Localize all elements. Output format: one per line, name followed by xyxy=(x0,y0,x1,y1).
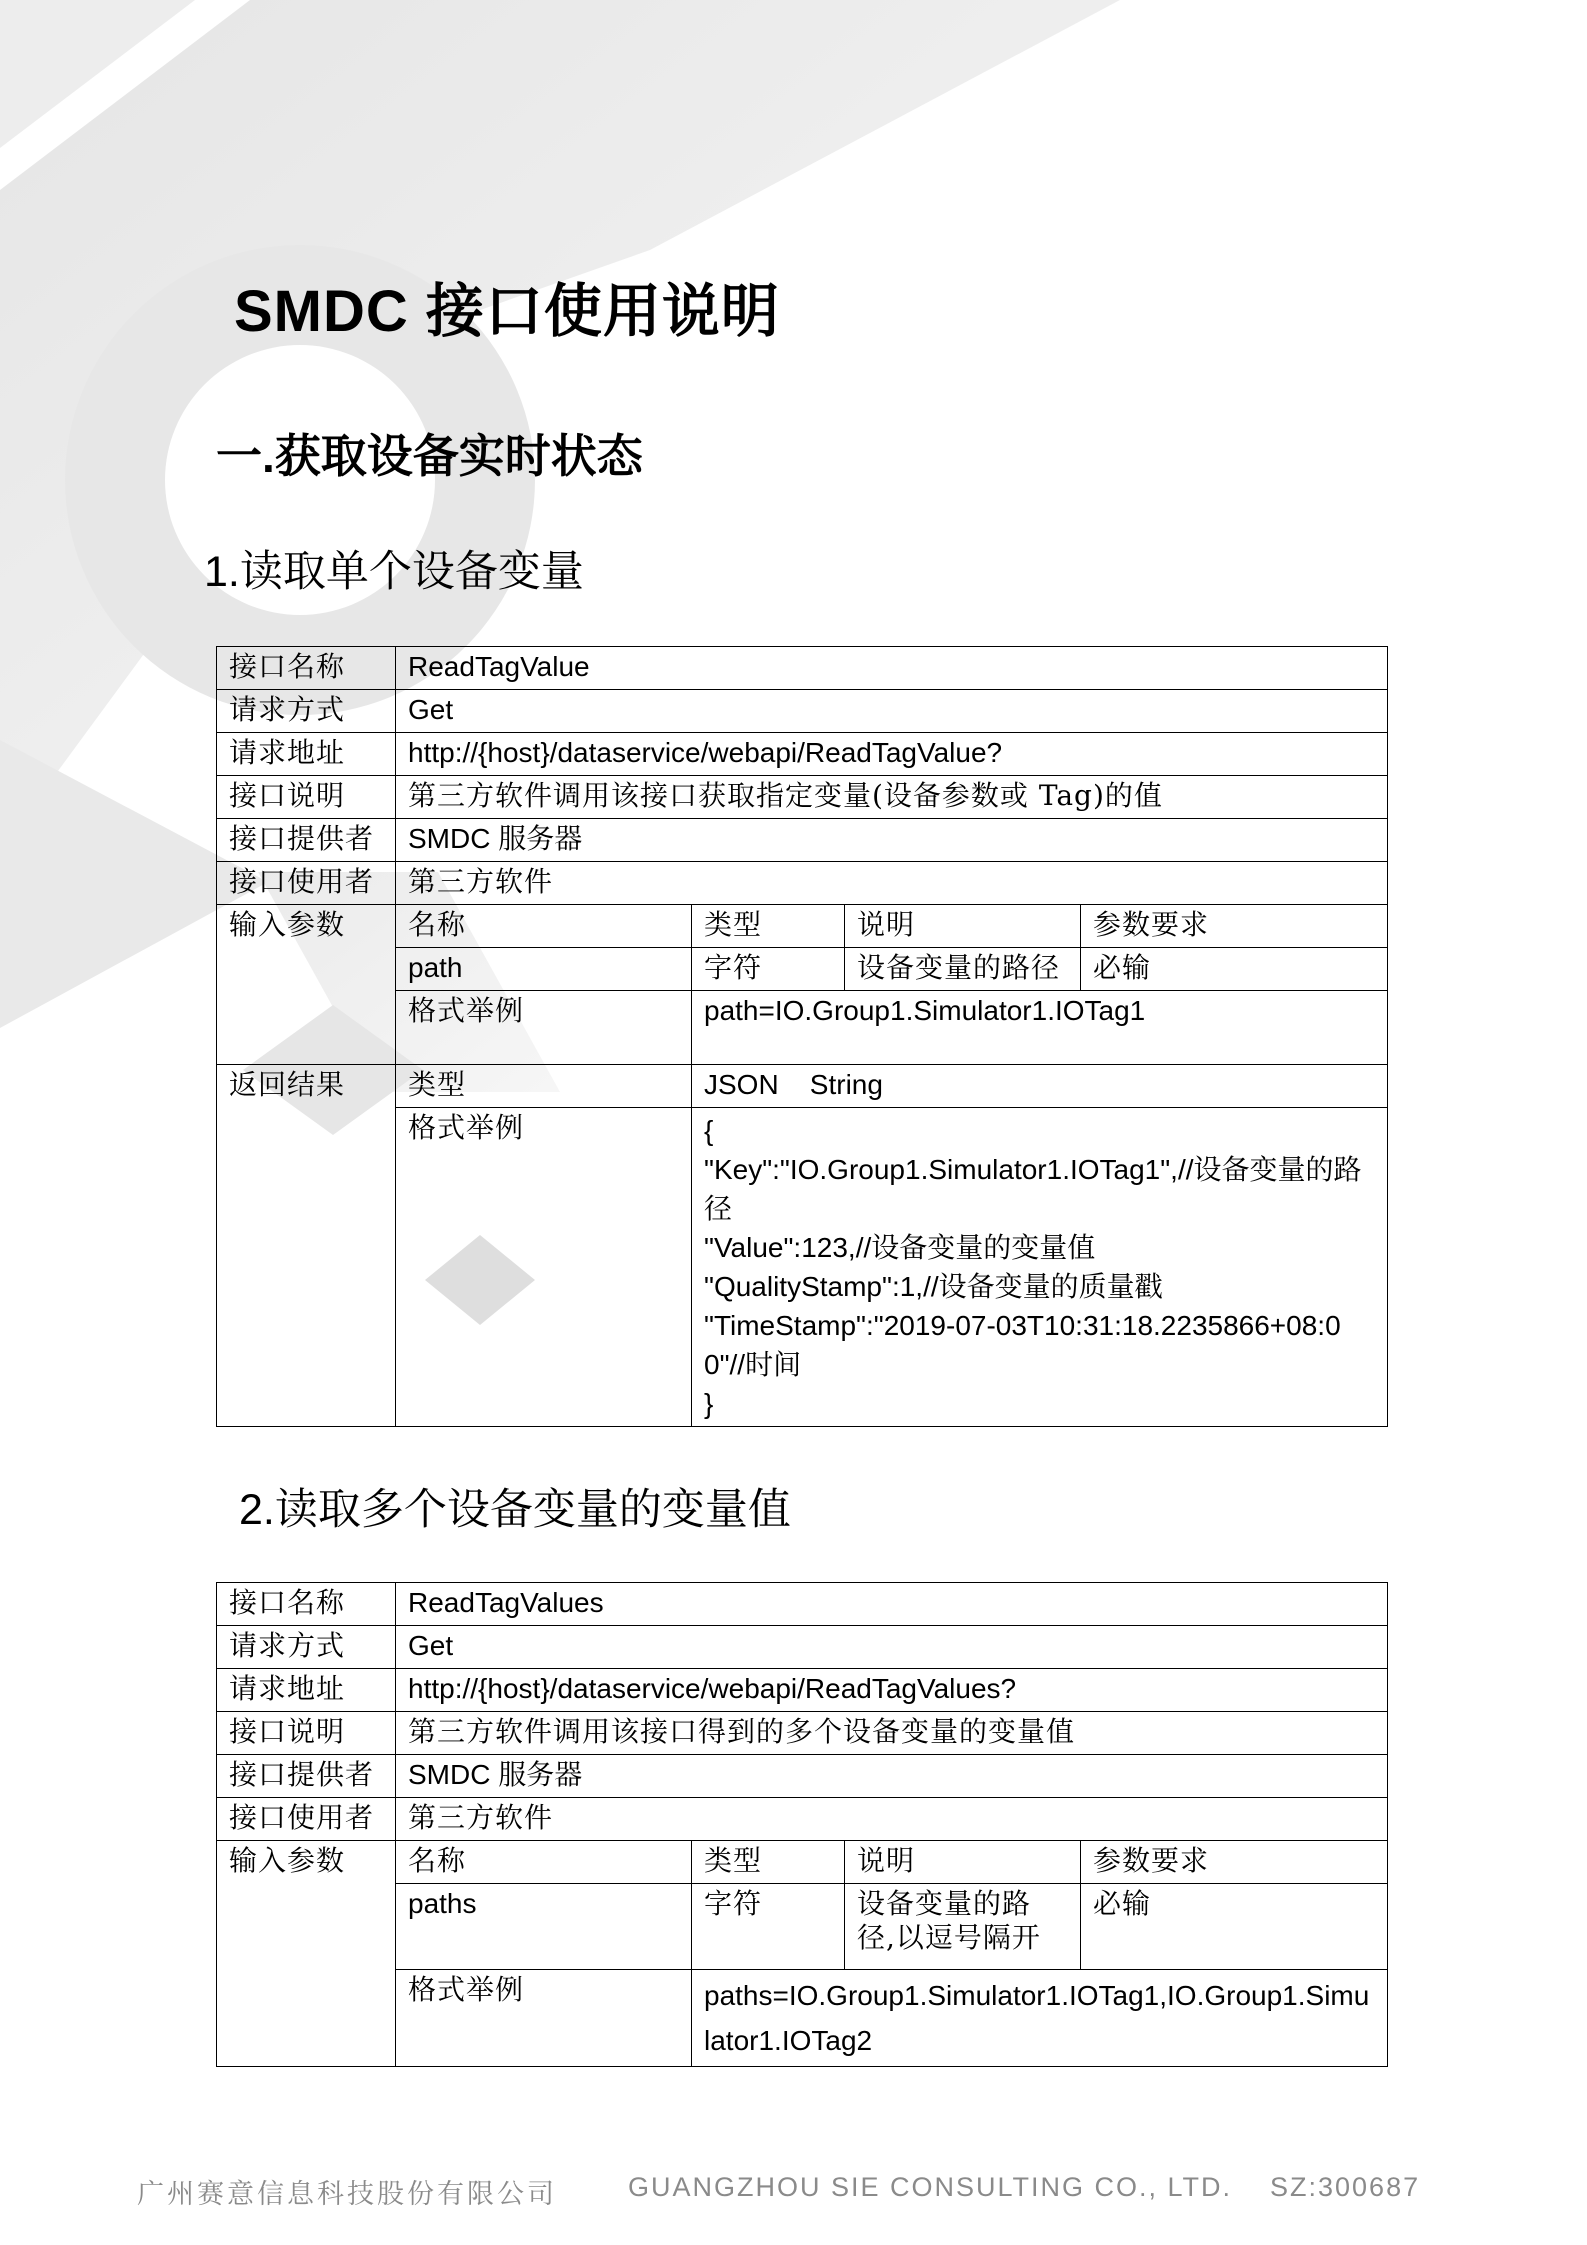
param-req: 必输 xyxy=(1081,1884,1388,1970)
result-type-label: 类型 xyxy=(396,1065,692,1108)
result-example-json: {"Key":"IO.Group1.Simulator1.IOTag1",//设… xyxy=(692,1108,1388,1427)
request-url-label: 请求地址 xyxy=(217,1669,396,1712)
param-col-name: 名称 xyxy=(396,905,692,948)
param-col-name: 名称 xyxy=(396,1841,692,1884)
request-url-value: http://{host}/dataservice/webapi/ReadTag… xyxy=(396,733,1388,776)
interface-name-label: 接口名称 xyxy=(217,647,396,690)
table-row: 接口使用者 第三方软件 xyxy=(217,1798,1388,1841)
provider-value: SMDC 服务器 xyxy=(396,819,1388,862)
document-content: SMDC 接口使用说明 一.获取设备实时状态 1.读取单个设备变量 接口名称 R… xyxy=(0,0,1587,2245)
param-col-req: 参数要求 xyxy=(1081,1841,1388,1884)
provider-label: 接口提供者 xyxy=(217,1755,396,1798)
param-req: 必输 xyxy=(1081,948,1388,991)
param-name: path xyxy=(396,948,692,991)
request-method-value: Get xyxy=(396,690,1388,733)
param-type: 字符 xyxy=(692,948,845,991)
param-col-type: 类型 xyxy=(692,1841,845,1884)
param-desc: 设备变量的路径 xyxy=(845,948,1081,991)
table-row: 接口说明 第三方软件调用该接口获取指定变量(设备参数或 Tag)的值 xyxy=(217,776,1388,819)
request-method-label: 请求方式 xyxy=(217,690,396,733)
interface-desc-label: 接口说明 xyxy=(217,776,396,819)
consumer-value: 第三方软件 xyxy=(396,862,1388,905)
api-table-readtagvalue: 接口名称 ReadTagValue 请求方式 Get 请求地址 http://{… xyxy=(216,646,1388,1427)
request-url-label: 请求地址 xyxy=(217,733,396,776)
request-url-value: http://{host}/dataservice/webapi/ReadTag… xyxy=(396,1669,1388,1712)
interface-name-value: ReadTagValues xyxy=(396,1583,1388,1626)
table-row: 返回结果 类型 JSON String xyxy=(217,1065,1388,1108)
interface-desc-label: 接口说明 xyxy=(217,1712,396,1755)
result-type-value: JSON String xyxy=(692,1065,1388,1108)
subsection-heading-2: 2.读取多个设备变量的变量值 xyxy=(239,1476,791,1537)
consumer-label: 接口使用者 xyxy=(217,862,396,905)
table-row: 接口说明 第三方软件调用该接口得到的多个设备变量的变量值 xyxy=(217,1712,1388,1755)
interface-desc-value: 第三方软件调用该接口获取指定变量(设备参数或 Tag)的值 xyxy=(396,776,1388,819)
table-row: 输入参数 名称 类型 说明 参数要求 xyxy=(217,1841,1388,1884)
interface-name-value: ReadTagValue xyxy=(396,647,1388,690)
param-example-label: 格式举例 xyxy=(396,991,692,1065)
param-example-label: 格式举例 xyxy=(396,1970,692,2067)
param-name: paths xyxy=(396,1884,692,1970)
footer-company-name-en: GUANGZHOU SIE CONSULTING CO., LTD. xyxy=(628,2172,1232,2203)
input-params-label: 输入参数 xyxy=(217,1841,396,2067)
input-params-label: 输入参数 xyxy=(217,905,396,1065)
param-type: 字符 xyxy=(692,1884,845,1970)
consumer-label: 接口使用者 xyxy=(217,1798,396,1841)
interface-name-label: 接口名称 xyxy=(217,1583,396,1626)
table-row: 接口名称 ReadTagValues xyxy=(217,1583,1388,1626)
param-desc: 设备变量的路径,以逗号隔开 xyxy=(845,1884,1081,1970)
section-heading-1: 一.获取设备实时状态 xyxy=(216,420,643,486)
table-row: 请求方式 Get xyxy=(217,1626,1388,1669)
subsection-heading-1: 1.读取单个设备变量 xyxy=(204,538,584,599)
param-col-req: 参数要求 xyxy=(1081,905,1388,948)
table-row: 请求地址 http://{host}/dataservice/webapi/Re… xyxy=(217,733,1388,776)
table-row: 接口提供者 SMDC 服务器 xyxy=(217,819,1388,862)
provider-value: SMDC 服务器 xyxy=(396,1755,1388,1798)
table-row: 输入参数 名称 类型 说明 参数要求 xyxy=(217,905,1388,948)
result-example-label: 格式举例 xyxy=(396,1108,692,1427)
param-col-type: 类型 xyxy=(692,905,845,948)
consumer-value: 第三方软件 xyxy=(396,1798,1388,1841)
page-title: SMDC 接口使用说明 xyxy=(234,264,780,348)
param-col-desc: 说明 xyxy=(845,1841,1081,1884)
provider-label: 接口提供者 xyxy=(217,819,396,862)
table-row: 接口提供者 SMDC 服务器 xyxy=(217,1755,1388,1798)
footer-company-name-cn: 广州赛意信息科技股份有限公司 xyxy=(137,2172,557,2211)
interface-desc-value: 第三方软件调用该接口得到的多个设备变量的变量值 xyxy=(396,1712,1388,1755)
request-method-label: 请求方式 xyxy=(217,1626,396,1669)
document-page: SMDC 接口使用说明 一.获取设备实时状态 1.读取单个设备变量 接口名称 R… xyxy=(0,0,1587,2245)
table-row: 接口名称 ReadTagValue xyxy=(217,647,1388,690)
param-example-value: paths=IO.Group1.Simulator1.IOTag1,IO.Gro… xyxy=(692,1970,1388,2067)
footer-stock-code: SZ:300687 xyxy=(1270,2172,1420,2203)
table-row: 请求地址 http://{host}/dataservice/webapi/Re… xyxy=(217,1669,1388,1712)
api-table-readtagvalues: 接口名称 ReadTagValues 请求方式 Get 请求地址 http://… xyxy=(216,1582,1388,2067)
param-col-desc: 说明 xyxy=(845,905,1081,948)
param-example-value: path=IO.Group1.Simulator1.IOTag1 xyxy=(692,991,1388,1065)
request-method-value: Get xyxy=(396,1626,1388,1669)
table-row: 接口使用者 第三方软件 xyxy=(217,862,1388,905)
result-label: 返回结果 xyxy=(217,1065,396,1427)
table-row: 请求方式 Get xyxy=(217,690,1388,733)
